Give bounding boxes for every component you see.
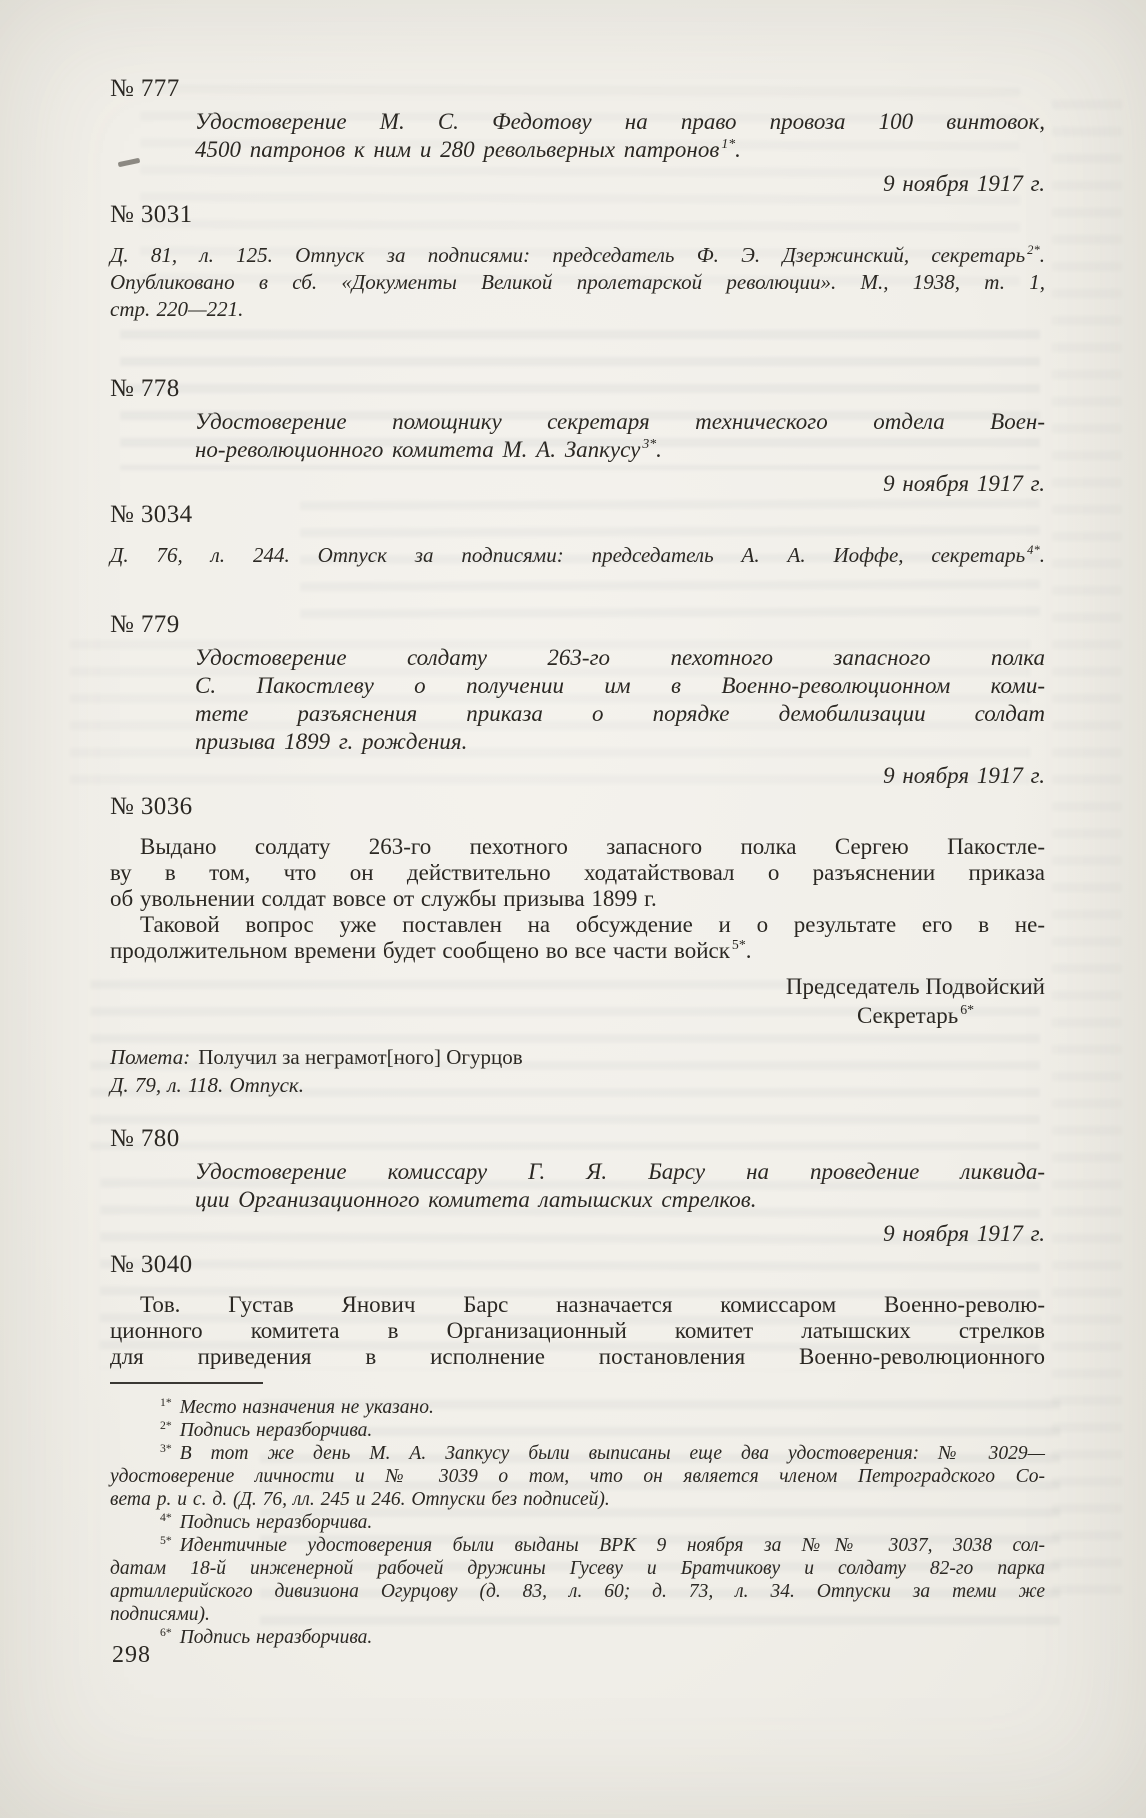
archival-note-line: Д. 79, л. 118. Отпуск. [110, 1072, 1045, 1099]
footnote-separator-rule [110, 1382, 263, 1384]
body-paragraph: Тов. Густав Янович Барс назначается коми… [110, 1292, 1045, 1370]
footnote-line: датам 18-й инженерной рабочей дружины Гу… [110, 1557, 1045, 1580]
footnote-1: 1*Место назначения не указано. [110, 1396, 1045, 1419]
title-line: Удостоверение комиссару Г. Я. Барсу на п… [195, 1158, 1045, 1186]
footnote-5: 5*Идентичные удостоверения были выданы В… [110, 1534, 1045, 1626]
document-778: № 778 Удостоверение помощнику секретаря … [110, 374, 1045, 569]
body-line: для приведения в исполнение постановлени… [110, 1344, 1045, 1370]
title-line: ции Организационного комитета латышских … [195, 1186, 1045, 1214]
footnote-text: Подпись неразборчива. [180, 1512, 373, 1533]
period: . [735, 137, 741, 162]
footnote-marker: 2* [160, 1419, 172, 1432]
body-paragraph: Выдано солдату 263-го пехотного запасног… [110, 834, 1045, 912]
registry-number: № 3036 [110, 792, 1045, 822]
footnote-marker: 5* [160, 1534, 172, 1547]
document-title: Удостоверение помощнику секретаря технич… [195, 408, 1045, 464]
period: . [1040, 543, 1045, 567]
signature-secretary: Секретарь6* [786, 1001, 1045, 1030]
document-780: № 780 Удостоверение комиссару Г. Я. Барс… [110, 1124, 1045, 1370]
nota-text: Получил за неграмот[ного] Огурцов [198, 1045, 522, 1069]
footnote-marker: 6* [160, 1626, 172, 1639]
body-line: продолжительном времени будет сообщено в… [110, 938, 1045, 964]
title-line: Удостоверение М. С. Федотову на право пр… [195, 108, 1045, 136]
footnote-marker: 3* [160, 1442, 172, 1455]
footnote-marker: 2* [1027, 243, 1040, 257]
document-number: № 779 [110, 610, 1045, 640]
nota-label: Помета: [110, 1045, 190, 1069]
body-line: Выдано солдату 263-го пехотного запасног… [110, 834, 1045, 860]
footnote-text: Подпись неразборчива. [180, 1627, 373, 1648]
document-title: Удостоверение М. С. Федотову на право пр… [195, 108, 1045, 164]
document-date: 9 ноября 1917 г. [110, 170, 1045, 198]
registry-number: № 3031 [110, 200, 1045, 230]
body-line: Таковой вопрос уже поставлен на обсужден… [110, 912, 1045, 938]
registry-number: № 3034 [110, 500, 1045, 530]
archival-text: Д. 76, л. 244. Отпуск за подписями: пред… [110, 543, 1025, 567]
body-text: продолжительном времени будет сообщено в… [110, 938, 730, 963]
footnote-line: удостоверение личности и № 3039 о том, ч… [110, 1465, 1045, 1488]
period: . [746, 938, 752, 963]
document-title: Удостоверение комиссару Г. Я. Барсу на п… [195, 1158, 1045, 1214]
bleedthrough-ghost-text [1052, 100, 1122, 1600]
footnote-4: 4*Подпись неразборчива. [110, 1511, 1045, 1534]
archival-note-line: Д. 76, л. 244. Отпуск за подписями: пред… [110, 542, 1045, 569]
scanned-book-page: № 777 Удостоверение М. С. Федотову на пр… [0, 0, 1146, 1818]
footnote-line: 1*Место назначения не указано. [110, 1396, 1045, 1419]
footnote-text: Подпись неразборчива. [180, 1420, 373, 1441]
footnote-line: вета р. и с. д. (Д. 76, лл. 245 и 246. О… [110, 1488, 1045, 1511]
archival-note: Д. 76, л. 244. Отпуск за подписями: пред… [110, 542, 1045, 569]
document-title: Удостоверение солдату 263-го пехотного з… [195, 644, 1045, 756]
footnote-line: артиллерийского дивизиона Огурцову (д. 8… [110, 1580, 1045, 1603]
signature-chairman: Председатель Подвойский [786, 972, 1045, 1001]
period: . [1040, 243, 1045, 267]
footnote-line: 3*В тот же день М. А. Запкусу были выпис… [110, 1442, 1045, 1465]
title-line: тете разъяснения приказа о порядке демоб… [195, 700, 1045, 728]
title-line: но-революционного комитета М. А. Запкусу… [195, 436, 1045, 464]
footnote-marker: 6* [960, 1002, 974, 1017]
title-line: Удостоверение помощнику секретаря технич… [195, 408, 1045, 436]
footnote-text: Место назначения не указано. [180, 1397, 434, 1418]
footnote-text: В тот же день М. А. Запкусу были выписан… [180, 1443, 1045, 1464]
document-number: № 777 [110, 74, 1045, 104]
archival-note: Д. 81, л. 125. Отпуск за подписями: пред… [110, 242, 1045, 323]
footnote-line: 6*Подпись неразборчива. [110, 1626, 1045, 1649]
published-note-line: Опубликовано в сб. «Документы Великой пр… [110, 269, 1045, 296]
footnote-2: 2*Подпись неразборчива. [110, 1419, 1045, 1442]
signatures: Председатель Подвойский Секретарь6* [786, 972, 1045, 1030]
title-text: 4500 патронов к ним и 280 револьверных п… [195, 137, 719, 162]
nota-line: Помета:Получил за неграмот[ного] Огурцов [110, 1044, 1045, 1070]
footnote-line: 2*Подпись неразборчива. [110, 1419, 1045, 1442]
document-date: 9 ноября 1917 г. [110, 762, 1045, 790]
body-paragraph: Таковой вопрос уже поставлен на обсужден… [110, 912, 1045, 964]
title-line: Удостоверение солдату 263-го пехотного з… [195, 644, 1045, 672]
period: . [656, 437, 662, 462]
archival-text: Д. 81, л. 125. Отпуск за подписями: пред… [110, 243, 1025, 267]
archival-note: Д. 79, л. 118. Отпуск. [110, 1072, 1045, 1099]
document-date: 9 ноября 1917 г. [110, 1220, 1045, 1248]
title-line: призыва 1899 г. рождения. [195, 728, 1045, 756]
footnote-marker: 5* [732, 937, 746, 952]
footnote-marker: 4* [160, 1511, 172, 1524]
footnote-line: 5*Идентичные удостоверения были выданы В… [110, 1534, 1045, 1557]
document-number: № 778 [110, 374, 1045, 404]
body-line: ву в том, что он действительно ходатайст… [110, 860, 1045, 886]
title-line: 4500 патронов к ним и 280 револьверных п… [195, 136, 1045, 164]
published-note-line: стр. 220—221. [110, 296, 1045, 323]
footnote-text: Идентичные удостоверения были выданы ВРК… [180, 1535, 1045, 1556]
body-line: об увольнении солдат вовсе от службы при… [110, 886, 1045, 912]
signature-block: Председатель Подвойский Секретарь6* [110, 972, 1045, 1030]
document-777: № 777 Удостоверение М. С. Федотову на пр… [110, 74, 1045, 323]
footnote-6: 6*Подпись неразборчива. [110, 1626, 1045, 1649]
footnote-line: подписями). [110, 1603, 1045, 1626]
footnote-marker: 1* [160, 1396, 172, 1409]
footnote-marker: 1* [721, 136, 735, 151]
archival-note-line: Д. 81, л. 125. Отпуск за подписями: пред… [110, 242, 1045, 269]
registry-number: № 3040 [110, 1250, 1045, 1280]
title-text: но-революционного комитета М. А. Запкусу [195, 437, 640, 462]
page-number: 298 [112, 1642, 151, 1669]
footnote-3: 3*В тот же день М. А. Запкусу были выпис… [110, 1442, 1045, 1511]
footnotes-section: 1*Место назначения не указано. 2*Подпись… [110, 1382, 1045, 1649]
footnote-line: 4*Подпись неразборчива. [110, 1511, 1045, 1534]
document-date: 9 ноября 1917 г. [110, 470, 1045, 498]
document-779: № 779 Удостоверение солдату 263-го пехот… [110, 610, 1045, 1099]
document-number: № 780 [110, 1124, 1045, 1154]
body-line: Тов. Густав Янович Барс назначается коми… [110, 1292, 1045, 1318]
body-line: ционного комитета в Организационный коми… [110, 1318, 1045, 1344]
footnote-marker: 4* [1027, 543, 1040, 557]
signature-text: Секретарь [857, 1003, 958, 1028]
title-line: С. Пакостлеву о получении им в Военно-ре… [195, 672, 1045, 700]
footnote-marker: 3* [642, 436, 656, 451]
